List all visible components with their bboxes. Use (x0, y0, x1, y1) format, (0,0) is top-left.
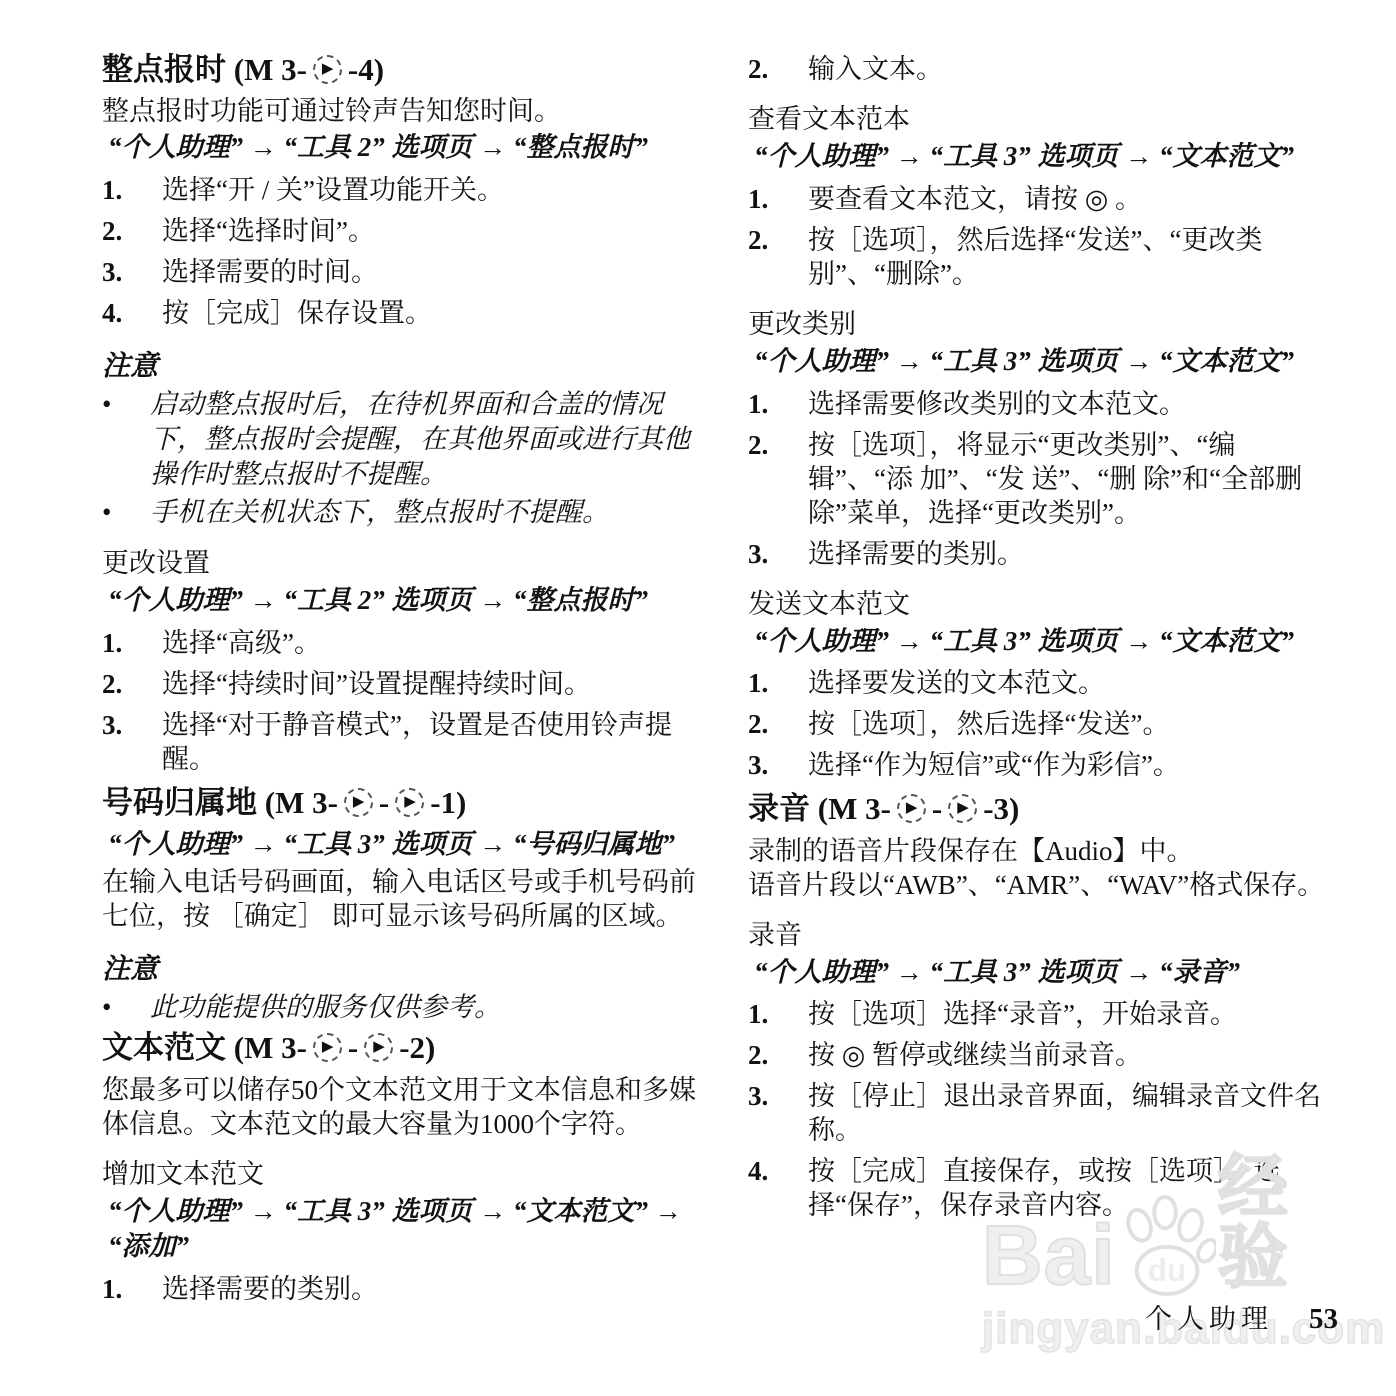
step-text: 选择“开 / 关”设置功能开关。 (162, 173, 706, 207)
step-text: 要查看文本范文，请按 ◎ 。 (808, 182, 1340, 216)
step-row: 1.要查看文本范文，请按 ◎ 。 (748, 182, 1340, 216)
body-text: 您最多可以储存50个文本范文用于文本信息和多媒体信息。文本范文的最大容量为100… (102, 1073, 706, 1141)
step-row: 3.选择“作为短信”或“作为彩信”。 (748, 748, 1340, 782)
note-text: 启动整点报时后，在待机界面和合盖的情况下，整点报时会提醒，在其他界面或进行其他操… (150, 387, 706, 492)
note-bullet: •手机在关机状态下，整点报时不提醒。 (102, 495, 706, 530)
step-text: 按［完成］直接保存，或按［选项］，选择“保存”，保存录音内容。 (808, 1154, 1340, 1222)
left-column: 整点报时 (M 3-▶-4) 整点报时功能可通过铃声告知您时间。 “个人助理” … (102, 50, 706, 1313)
step-number: 2. (748, 223, 808, 291)
menu-path: “个人助理” → “工具 3” 选项页 → “文本范文” → “添加” (102, 1194, 706, 1265)
play-triangle-icon: ▶ (404, 789, 416, 815)
heading-text: 整点报时 (M 3- (102, 52, 307, 87)
step-text: 选择需要修改类别的文本范文。 (808, 387, 1340, 421)
step-row: 3.按［停止］退出录音界面，编辑录音文件名称。 (748, 1079, 1340, 1147)
step-row: 4.按［完成］直接保存，或按［选项］，选择“保存”，保存录音内容。 (748, 1154, 1340, 1222)
subheading-add-template: 增加文本范文 (102, 1157, 706, 1192)
page-footer: 个人助理53 (0, 1297, 1338, 1336)
play-key-icon: ▶ (364, 1033, 393, 1062)
footer-section-title: 个人助理 (1145, 1304, 1273, 1334)
step-text: 按［选项］选择“录音”，开始录音。 (808, 997, 1340, 1031)
step-row: 4.按［完成］保存设置。 (102, 296, 706, 330)
play-triangle-icon: ▶ (322, 1034, 334, 1060)
step-text: 输入文本。 (808, 52, 1340, 86)
note-text: 手机在关机状态下，整点报时不提醒。 (150, 495, 706, 530)
step-row: 1.选择需要修改类别的文本范文。 (748, 387, 1340, 421)
watermark-du-text: du (1148, 1253, 1186, 1288)
step-row: 2.按［选项］，然后选择“发送”。 (748, 707, 1340, 741)
play-key-icon: ▶ (313, 1033, 342, 1062)
play-key-icon: ▶ (948, 794, 977, 823)
right-column: 2.输入文本。 查看文本范本 “个人助理” → “工具 3” 选项页 → “文本… (748, 50, 1340, 1229)
step-number: 2. (748, 428, 808, 530)
body-text: 在输入电话号码画面，输入电话区号或手机号码前七位，按 ［确定］ 即可显示该号码所… (102, 865, 706, 933)
menu-path: “个人助理” → “工具 2” 选项页 → “整点报时” (102, 130, 706, 166)
step-number: 3. (748, 1079, 808, 1147)
subheading-send-template: 发送文本范文 (748, 587, 1340, 622)
menu-path: “个人助理” → “工具 3” 选项页 → “文本范文” (748, 344, 1340, 380)
menu-path: “个人助理” → “工具 3” 选项页 → “录音” (748, 955, 1340, 991)
step-row: 2.输入文本。 (748, 52, 1340, 86)
step-row: 1.选择“高级”。 (102, 626, 706, 660)
manual-page: 整点报时 (M 3-▶-4) 整点报时功能可通过铃声告知您时间。 “个人助理” … (0, 0, 1396, 1396)
body-text: 语音片段以“AWB”、“AMR”、“WAV”格式保存。 (748, 868, 1340, 902)
step-text: 选择“持续时间”设置提醒持续时间。 (162, 667, 706, 701)
menu-path: “个人助理” → “工具 3” 选项页 → “号码归属地” (102, 827, 706, 863)
menu-path: “个人助理” → “工具 3” 选项页 → “文本范文” (748, 139, 1340, 175)
menu-path: “个人助理” → “工具 3” 选项页 → “文本范文” (748, 624, 1340, 660)
section-heading-number-location: 号码归属地 (M 3-▶-▶-1) (102, 783, 706, 823)
step-number: 2. (748, 707, 808, 741)
note-label: 注意 (102, 344, 706, 384)
play-key-icon: ▶ (395, 788, 424, 817)
heading-text: -2) (399, 1030, 435, 1065)
play-key-icon: ▶ (897, 794, 926, 823)
note-bullet: •启动整点报时后，在待机界面和合盖的情况下，整点报时会提醒，在其他界面或进行其他… (102, 387, 706, 492)
step-text: 按［选项］，然后选择“发送”。 (808, 707, 1340, 741)
step-row: 2.按［选项］，然后选择“发送”、“更改类别”、“删除”。 (748, 223, 1340, 291)
heading-text: - (348, 1030, 358, 1065)
step-number: 1. (102, 173, 162, 207)
menu-path: “个人助理” → “工具 2” 选项页 → “整点报时” (102, 583, 706, 619)
subheading-change-category: 更改类别 (748, 307, 1340, 342)
step-row: 2.选择“持续时间”设置提醒持续时间。 (102, 667, 706, 701)
body-text: 录制的语音片段保存在【Audio】中。 (748, 834, 1340, 868)
step-text: 按［停止］退出录音界面，编辑录音文件名称。 (808, 1079, 1340, 1147)
play-key-icon: ▶ (344, 788, 373, 817)
heading-text: -4) (348, 52, 384, 87)
step-text: 选择“作为短信”或“作为彩信”。 (808, 748, 1340, 782)
step-text: 选择需要的类别。 (808, 537, 1340, 571)
play-key-icon: ▶ (313, 55, 342, 84)
bullet-dot: • (102, 990, 150, 1025)
note-text: 此功能提供的服务仅供参考。 (150, 990, 706, 1025)
step-number: 4. (748, 1154, 808, 1222)
step-row: 3.选择需要的时间。 (102, 255, 706, 289)
intro-text: 整点报时功能可通过铃声告知您时间。 (102, 94, 706, 128)
heading-text: - (379, 785, 389, 820)
heading-text: -1) (430, 785, 466, 820)
play-triangle-icon: ▶ (322, 56, 334, 82)
heading-text: 文本范文 (M 3- (102, 1030, 307, 1065)
step-number: 3. (102, 255, 162, 289)
step-number: 1. (748, 182, 808, 216)
step-row: 1.选择“开 / 关”设置功能开关。 (102, 173, 706, 207)
play-triangle-icon: ▶ (373, 1034, 385, 1060)
step-text: 选择需要的时间。 (162, 255, 706, 289)
step-number: 1. (748, 387, 808, 421)
heading-text: 号码归属地 (M 3- (102, 785, 338, 820)
step-number: 1. (748, 997, 808, 1031)
note-bullet: •此功能提供的服务仅供参考。 (102, 990, 706, 1025)
step-row: 3.选择需要的类别。 (748, 537, 1340, 571)
heading-text: 录音 (M 3- (748, 791, 891, 826)
step-number: 4. (102, 296, 162, 330)
section-heading-recording: 录音 (M 3-▶-▶-3) (748, 789, 1340, 829)
step-row: 2.选择“选择时间”。 (102, 214, 706, 248)
step-row: 1.选择要发送的文本范文。 (748, 666, 1340, 700)
bullet-dot: • (102, 495, 150, 530)
subheading-record: 录音 (748, 918, 1340, 953)
play-triangle-icon: ▶ (906, 795, 918, 821)
step-number: 2. (748, 52, 808, 86)
section-heading-hourly-alert: 整点报时 (M 3-▶-4) (102, 50, 706, 90)
subheading-change-settings: 更改设置 (102, 546, 706, 581)
step-number: 3. (748, 748, 808, 782)
page-number: 53 (1309, 1303, 1338, 1335)
step-number: 3. (102, 708, 162, 776)
note-label: 注意 (102, 947, 706, 987)
step-number: 1. (748, 666, 808, 700)
heading-text: -3) (983, 791, 1019, 826)
step-text: 按 ◎ 暂停或继续当前录音。 (808, 1038, 1340, 1072)
step-text: 选择“对于静音模式”，设置是否使用铃声提醒。 (162, 708, 706, 776)
step-row: 1.按［选项］选择“录音”，开始录音。 (748, 997, 1340, 1031)
play-triangle-icon: ▶ (957, 795, 969, 821)
step-row: 2.按 ◎ 暂停或继续当前录音。 (748, 1038, 1340, 1072)
heading-text: - (932, 791, 942, 826)
subheading-view-template: 查看文本范本 (748, 102, 1340, 137)
step-text: 选择“选择时间”。 (162, 214, 706, 248)
step-text: 按［完成］保存设置。 (162, 296, 706, 330)
step-number: 2. (102, 667, 162, 701)
step-row: 2.按［选项］，将显示“更改类别”、“编辑”、“添 加”、“发 送”、“删 除”… (748, 428, 1340, 530)
play-triangle-icon: ▶ (353, 789, 365, 815)
step-number: 1. (102, 626, 162, 660)
step-text: 按［选项］，将显示“更改类别”、“编辑”、“添 加”、“发 送”、“删 除”和“… (808, 428, 1340, 530)
step-row: 3.选择“对于静音模式”，设置是否使用铃声提醒。 (102, 708, 706, 776)
step-text: 按［选项］，然后选择“发送”、“更改类别”、“删除”。 (808, 223, 1340, 291)
step-number: 2. (748, 1038, 808, 1072)
bullet-dot: • (102, 387, 150, 492)
section-heading-text-templates: 文本范文 (M 3-▶-▶-2) (102, 1028, 706, 1068)
step-number: 3. (748, 537, 808, 571)
step-number: 2. (102, 214, 162, 248)
step-text: 选择“高级”。 (162, 626, 706, 660)
step-text: 选择要发送的文本范文。 (808, 666, 1340, 700)
